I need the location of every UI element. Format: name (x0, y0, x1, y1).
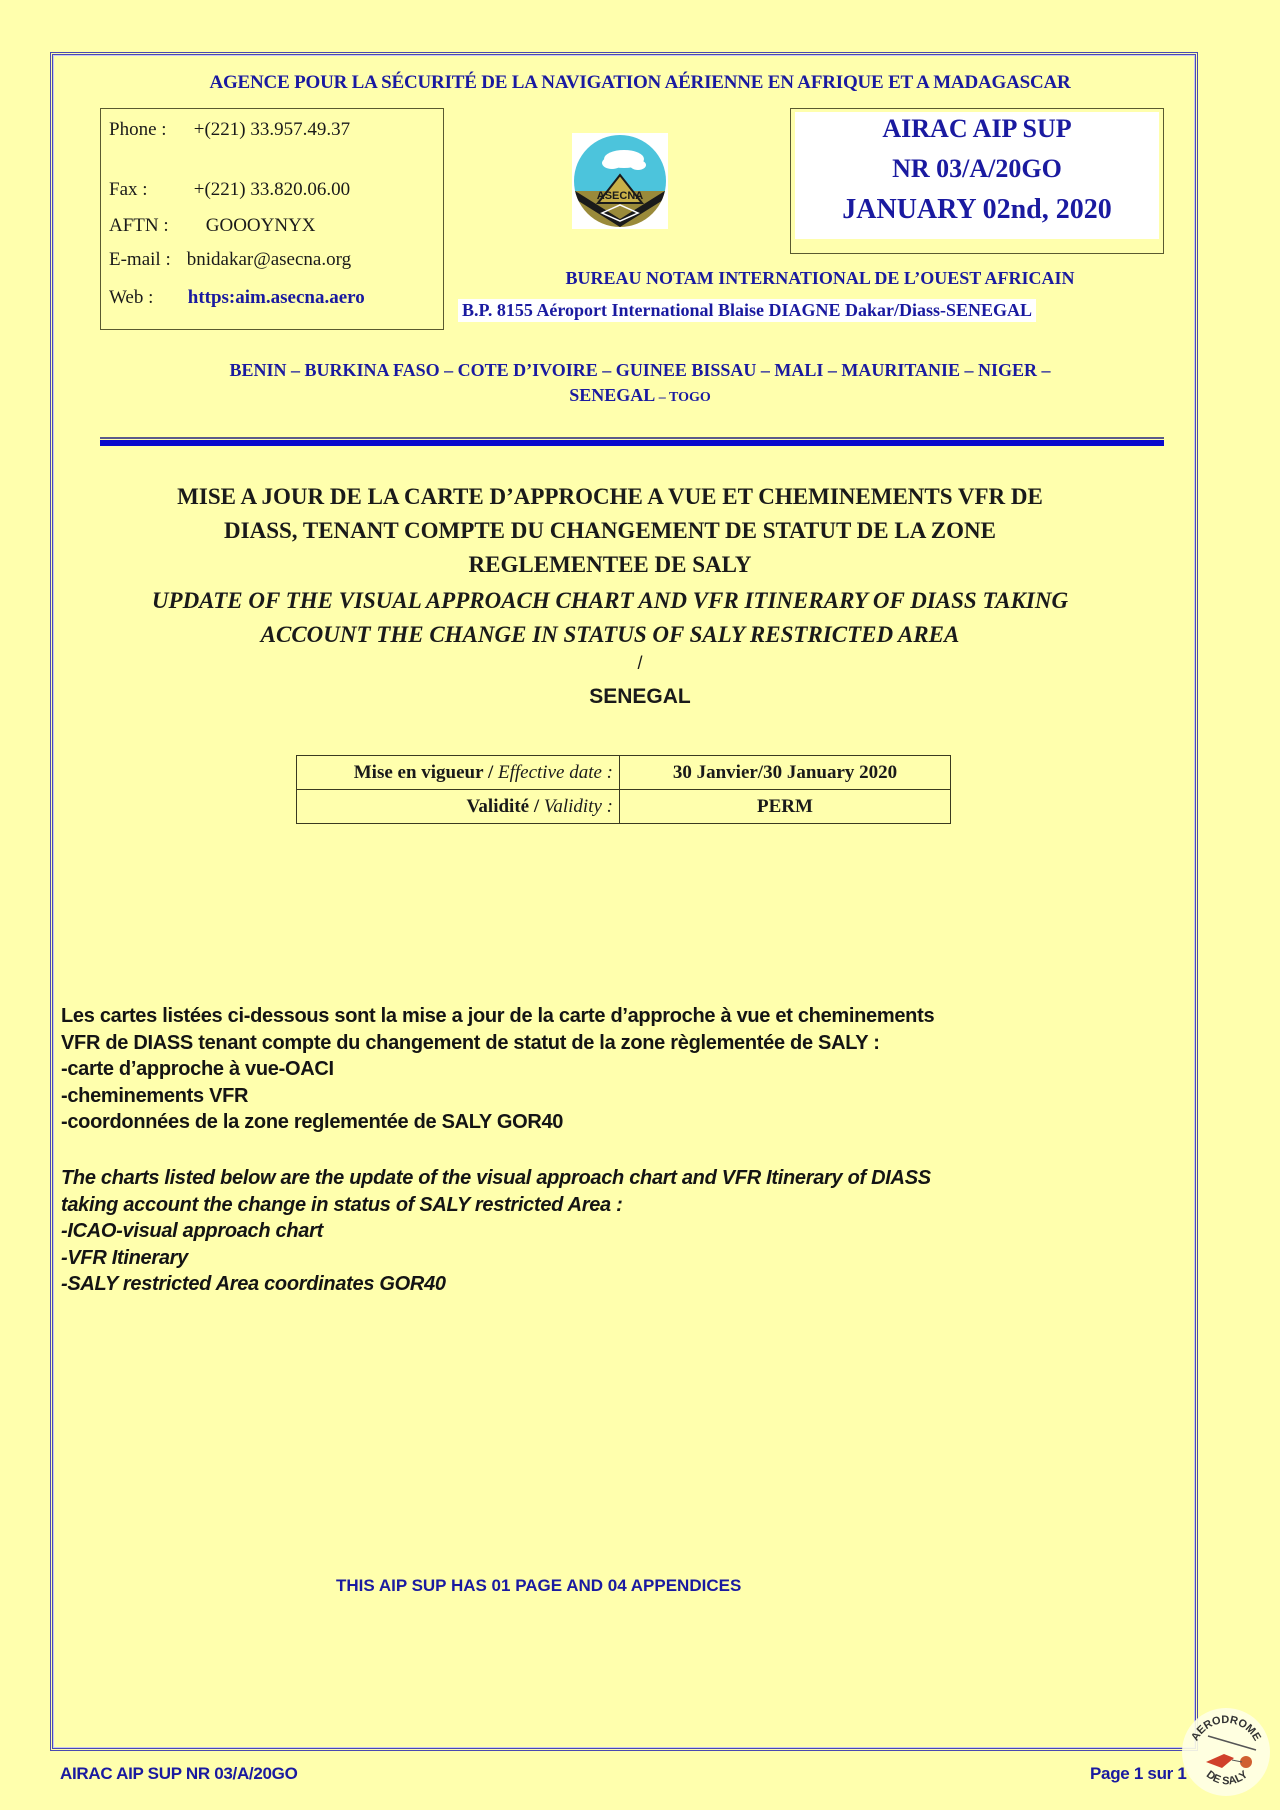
bureau-address: B.P. 8155 Aéroport International Blaise … (458, 299, 1036, 322)
effective-date-table: Mise en vigueur / Effective date : 30 Ja… (296, 755, 951, 824)
airac-box: AIRAC AIP SUP NR 03/A/20GO JANUARY 02nd,… (790, 108, 1164, 254)
aerodrome-saly-stamp-icon: AERODROME DE SALY (1176, 1700, 1276, 1800)
email-value[interactable]: bnidakar@asecna.org (187, 249, 351, 271)
member-countries: BENIN – BURKINA FASO – COTE D’IVOIRE – G… (100, 358, 1180, 410)
header-divider-thin (100, 437, 1164, 439)
web-label: Web : (109, 287, 183, 309)
airac-title: AIRAC AIP SUP (795, 114, 1159, 144)
contact-aftn: AFTN : GOOOYNYX (109, 215, 316, 237)
footer-reference: AIRAC AIP SUP NR 03/A/20GO (60, 1764, 298, 1784)
page-number: Page 1 sur 1 (1090, 1764, 1187, 1784)
fax-label: Fax : (109, 179, 189, 201)
validity-value: PERM (620, 790, 951, 824)
web-link[interactable]: https:aim.asecna.aero (188, 287, 365, 309)
svg-text:ASECNA: ASECNA (597, 190, 644, 202)
aftn-label: AFTN : (109, 215, 201, 237)
countries-line-1: BENIN – BURKINA FASO – COTE D’IVOIRE – G… (100, 358, 1180, 383)
phone-label: Phone : (109, 119, 189, 141)
contact-phone: Phone : +(221) 33.957.49.37 (109, 119, 350, 141)
effective-date-value: 30 Janvier/30 January 2020 (620, 756, 951, 790)
title-french: MISE A JOUR DE LA CARTE D’APPROCHE A VUE… (80, 480, 1140, 582)
body-french: Les cartes listées ci-dessous sont la mi… (61, 1003, 1211, 1136)
aftn-value: GOOOYNYX (206, 215, 316, 237)
countries-line-2: SENEGAL – TOGO (100, 383, 1180, 410)
airac-date: JANUARY 02nd, 2020 (795, 194, 1159, 226)
contact-email: E-mail : bnidakar@asecna.org (109, 249, 351, 271)
body-english: The charts listed below are the update o… (61, 1165, 1211, 1298)
table-row: Mise en vigueur / Effective date : 30 Ja… (297, 756, 951, 790)
title-separator: / (0, 653, 1280, 674)
validity-label: Validité / Validity : (297, 790, 620, 824)
phone-value: +(221) 33.957.49.37 (194, 119, 350, 141)
header-divider-thick (100, 440, 1164, 446)
asecna-logo: ASECNA (572, 133, 668, 229)
fax-value: +(221) 33.820.06.00 (194, 179, 350, 201)
airac-number: NR 03/A/20GO (795, 154, 1159, 184)
bureau-name: BUREAU NOTAM INTERNATIONAL DE L’OUEST AF… (470, 268, 1170, 289)
title-country: SENEGAL (0, 685, 1280, 709)
contact-box: Phone : +(221) 33.957.49.37 Fax : +(221)… (100, 108, 444, 330)
agency-name: AGENCE POUR LA SÉCURITÉ DE LA NAVIGATION… (0, 72, 1280, 94)
table-row: Validité / Validity : PERM (297, 790, 951, 824)
contact-fax: Fax : +(221) 33.820.06.00 (109, 179, 350, 201)
effective-date-label: Mise en vigueur / Effective date : (297, 756, 620, 790)
email-label: E-mail : (109, 249, 182, 271)
page-count-note: THIS AIP SUP HAS 01 PAGE AND 04 APPENDIC… (336, 1576, 741, 1596)
contact-web: Web : https:aim.asecna.aero (109, 287, 365, 309)
title-english: UPDATE OF THE VISUAL APPROACH CHART AND … (60, 584, 1160, 652)
